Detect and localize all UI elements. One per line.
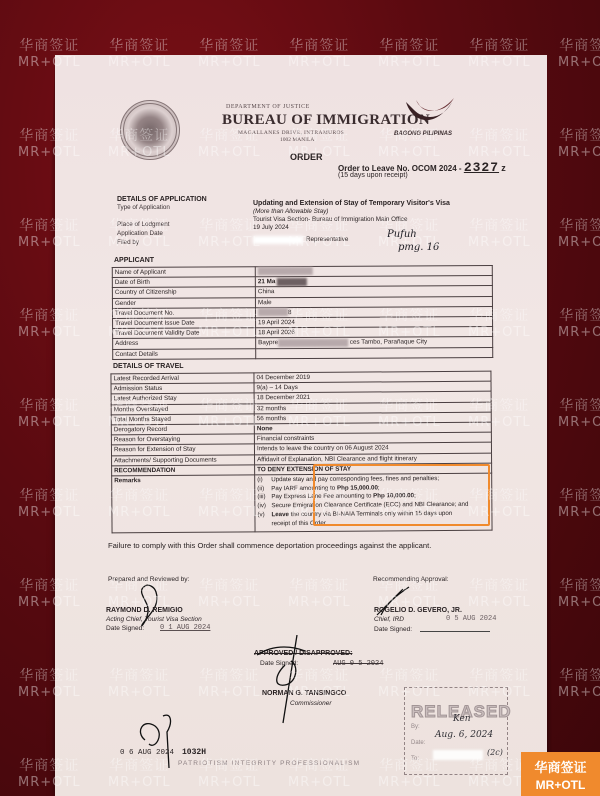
recommending-date-line [420,631,490,632]
bagong-pilipinas-text: BAGONG PILIPINAS [394,131,452,137]
redacted-recipient [433,750,483,760]
handwritten-note-1: Pufuh [387,229,417,240]
watermark: 华商签证MR+OTL [558,485,600,520]
redacted-address [278,338,348,346]
watermark: 华商签证MR+OTL [558,215,600,250]
watermark: 华商签证MR+OTL [558,35,600,70]
prepared-date-label: Date Signed: [106,625,144,632]
handwritten-note-2: pmg. 16 [398,242,439,253]
travel-section-title: DETAILS OF TRAVEL [113,363,184,370]
commissioner-position: Commissioner [290,700,332,707]
watermark: 华商签证MR+OTL [558,575,600,610]
application-date-value: 19 July 2024 [253,224,289,231]
order-suffix: z [501,163,506,173]
recommending-approval-label: Recommending Approval: [373,576,449,583]
table-row: Contact Details [113,347,493,359]
brand-badge: 华商签证 MR+OTL [521,752,600,796]
prepared-date-stamp: 0 1 AUG 2024 [160,624,210,632]
order-number: 2327 [464,160,499,175]
watermark: 华商签证MR+OTL [558,125,600,160]
filed-by-value: Representative [306,236,348,243]
watermark: 华商签证MR+OTL [558,665,600,700]
place-of-lodgment-value: Tourist Visa Section- Bureau of Immigrat… [253,216,407,223]
footer-motto: PATRIOTISM INTEGRITY PROFESSIONALISM [178,760,360,767]
highlight-box [313,464,490,526]
approval-date-stamp: AUG 0 5 2024 [333,660,383,668]
type-of-application-note: (More than Allowable Stay) [253,208,328,215]
released-date-value: Aug. 6, 2024 [435,730,493,740]
application-section-title: DETAILS OF APPLICATION [117,196,207,203]
bagong-pilipinas-logo-icon [404,96,456,132]
address-line-1: MAGALLANES DRIVE, INTRAMUROS [238,130,344,136]
received-time: 1032H [182,748,206,757]
address-line-2: 1002 MANILA [280,137,314,143]
application-date-label: Application Date [117,230,163,237]
released-by-value: Ken [453,714,471,724]
recommending-date-stamp: 0 5 AUG 2024 [446,615,496,623]
prepared-by-position: Acting Chief, Tourist Visa Section [106,616,202,623]
signature-gevero-icon [373,585,413,620]
place-of-lodgment-label: Place of Lodgment [117,221,170,228]
bureau-title: BUREAU OF IMMIGRATION [222,112,430,129]
filed-by-label: Filed by [117,239,139,246]
recommending-position: Chief, IRD [374,616,404,623]
watermark: 华商签证MR+OTL [558,395,600,430]
document-type: ORDER [290,152,323,162]
signature-commissioner-icon [255,635,335,725]
department-name: DEPARTMENT OF JUSTICE [226,104,310,110]
received-date-stamp: 0 6 AUG 2024 [120,749,174,757]
recommending-date-label: Date Signed: [374,626,412,633]
redacted-dob [277,278,307,286]
bureau-seal-icon [120,100,180,160]
applicant-table: Name of Applicant Date of Birth21 Ma Cou… [112,265,493,360]
released-stamp: RELEASED By: Ken Date: Aug. 6, 2024 To: … [404,687,508,775]
released-note: (2c) [487,748,503,757]
redacted-filer [253,236,303,244]
applicant-section-title: APPLICANT [114,257,154,264]
failure-notice: Failure to comply with this Order shall … [108,541,431,550]
order-note: (15 days upon receipt) [338,172,408,179]
type-of-application-label: Type of Application [117,204,170,211]
type-of-application-value: Updating and Extension of Stay of Tempor… [253,200,450,207]
commissioner-name: NORMAN G. TANSINGCO [262,690,346,697]
watermark: 华商签证MR+OTL [558,305,600,340]
redacted-name [258,267,313,275]
recommending-name: ROGELIO D. GEVERO, JR. [374,607,462,614]
prepared-by-name: RAYMOND D. REMIGIO [106,607,183,614]
redacted-document-no [258,308,288,316]
